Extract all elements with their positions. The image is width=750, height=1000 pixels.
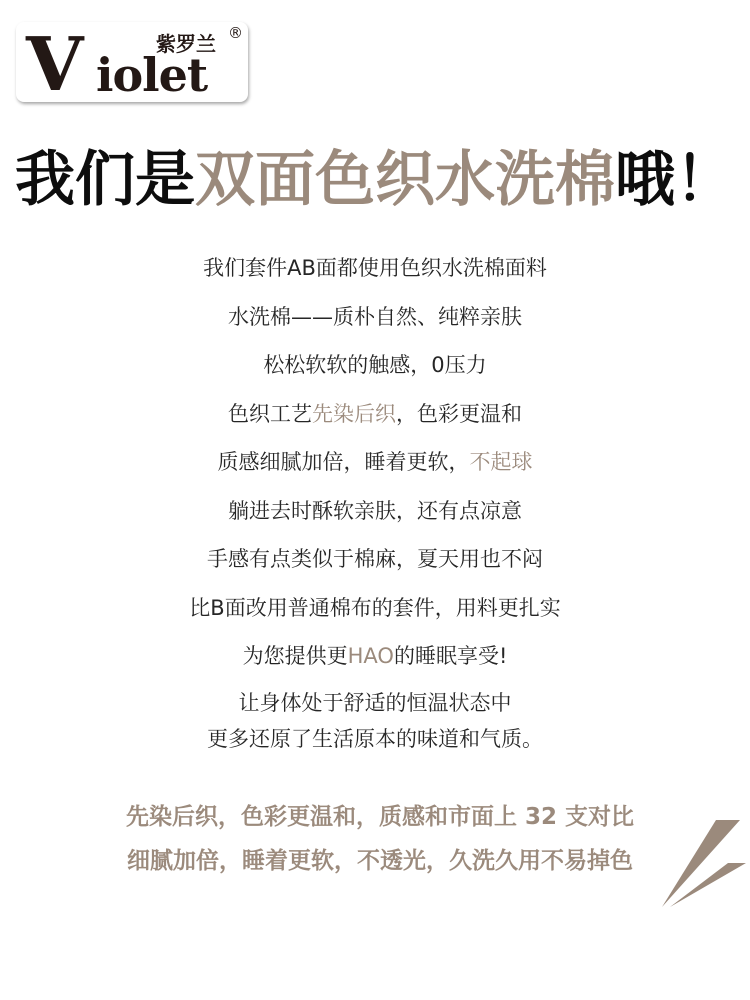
description-line: 色织工艺先染后织，色彩更温和 [0, 394, 750, 443]
line-text: 让身体处于舒适的恒温状态中 [239, 691, 512, 715]
logo-letter-v: V [26, 28, 81, 102]
description-line: 为您提供更HAO的睡眠享受! [0, 636, 750, 685]
description-line: 水洗棉——质朴自然、纯粹亲肤 [0, 297, 750, 346]
line-text: 色织工艺 [228, 402, 312, 426]
description-line: 躺进去时酥软亲肤，还有点凉意 [0, 491, 750, 540]
logo-wordmark: iolet [96, 50, 207, 100]
line-text: 手感有点类似于棉麻，夏天用也不闷 [207, 547, 543, 571]
line-text: 我们套件AB面都使用色织水洗棉面料 [203, 256, 547, 280]
headline: 我们是双面色织水洗棉哦！ [0, 140, 750, 220]
line-highlight: 先染后织 [312, 402, 396, 426]
description-line: 质感细腻加倍，睡着更软，不起球 [0, 442, 750, 491]
feature-summary-line-2: 细腻加倍，睡着更软，不透光，久洗久用不易掉色 [80, 839, 680, 883]
registered-mark-icon: ® [228, 24, 243, 42]
description-line: 比B面改用普通棉布的套件，用料更扎实 [0, 588, 750, 637]
line-text: 松松软软的触感，0压力 [263, 353, 486, 377]
description-lines: 我们套件AB面都使用色织水洗棉面料 水洗棉——质朴自然、纯粹亲肤 松松软软的触感… [0, 248, 750, 757]
line-text: 的睡眠享受! [394, 644, 507, 668]
headline-highlight: 双面色织水洗棉 [195, 145, 615, 215]
description-line: 我们套件AB面都使用色织水洗棉面料 [0, 248, 750, 297]
brand-logo: V iolet 紫罗兰 ® [16, 22, 248, 102]
logo-chinese-name: 紫罗兰 [156, 28, 216, 57]
line-text: 为您提供更 [243, 644, 348, 668]
description-line: 手感有点类似于棉麻，夏天用也不闷 [0, 539, 750, 588]
line-text: 更多还原了生活原本的味道和气质。 [207, 727, 543, 751]
line-highlight: 不起球 [470, 450, 533, 474]
feature-summary-line-1: 先染后织，色彩更温和，质感和市面上 32 支对比 [80, 795, 680, 839]
line-text: 质感细腻加倍，睡着更软， [218, 450, 470, 474]
headline-prefix: 我们是 [15, 145, 195, 215]
description-line: 更多还原了生活原本的味道和气质。 [0, 721, 750, 757]
line-text: 水洗棉——质朴自然、纯粹亲肤 [228, 305, 522, 329]
description-line: 松松软软的触感，0压力 [0, 345, 750, 394]
feature-summary: 先染后织，色彩更温和，质感和市面上 32 支对比 细腻加倍，睡着更软，不透光，久… [80, 795, 680, 883]
line-text: ，色彩更温和 [396, 402, 522, 426]
line-highlight: HAO [348, 644, 394, 668]
decorative-slash-strokes-icon [650, 815, 750, 915]
line-text: 躺进去时酥软亲肤，还有点凉意 [228, 499, 522, 523]
description-line: 让身体处于舒适的恒温状态中 [0, 685, 750, 721]
headline-suffix: 哦！ [615, 145, 735, 215]
line-text: 比B面改用普通棉布的套件，用料更扎实 [189, 596, 560, 620]
